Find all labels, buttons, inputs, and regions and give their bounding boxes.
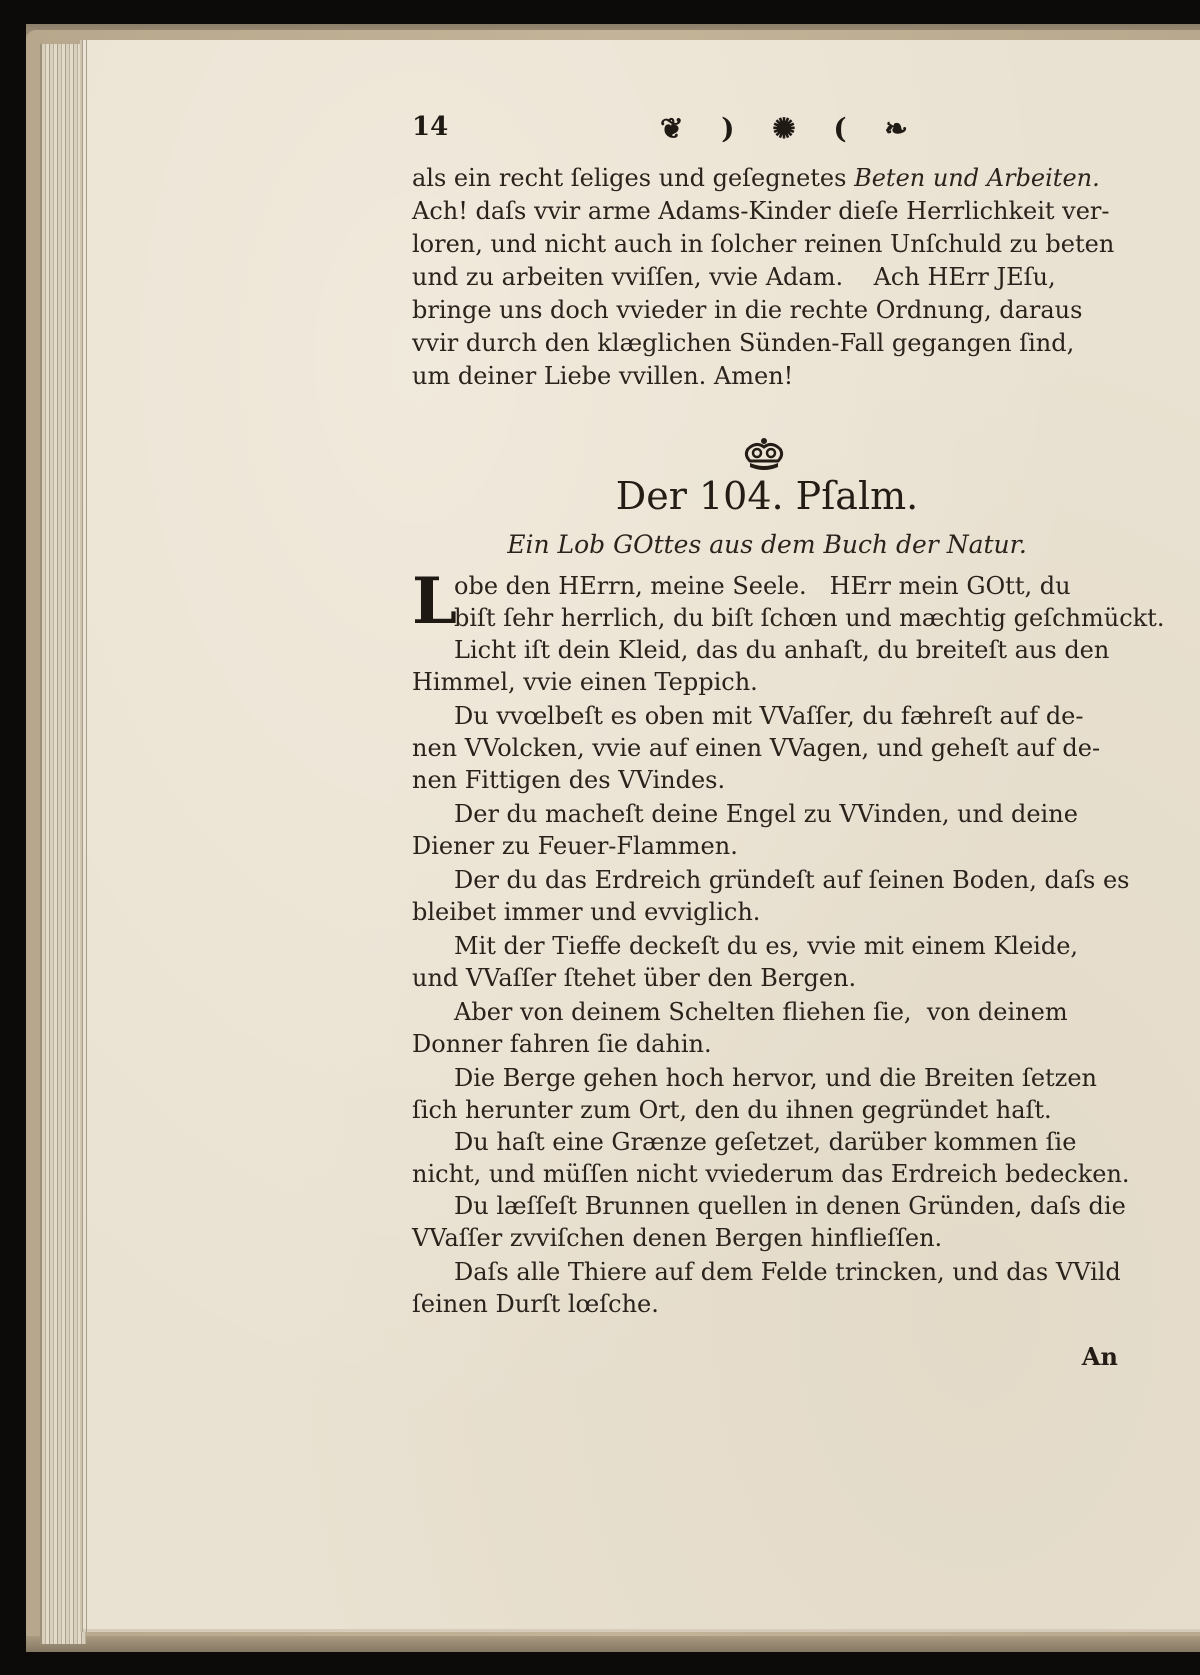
page-edge-line	[82, 40, 83, 1632]
text-line: bringe uns doch vvieder in die rechte Or…	[412, 294, 1082, 326]
psalm-subtitle: Ein Lob GOttes aus dem Buch der Natur.	[412, 530, 1122, 559]
text-line: ſeinen Durſt lœſche.	[412, 1288, 659, 1320]
running-head-ornament-icon: ❦ ) ✺ ( ❧	[660, 112, 922, 145]
book-cover-bottom-edge	[26, 1636, 1200, 1652]
text-line: ſich herunter zum Ort, den du ihnen gegr…	[412, 1094, 1052, 1126]
text-line: Diener zu Feuer-Flammen.	[412, 830, 738, 862]
text-line: vvir durch den klæglichen Sünden-Fall ge…	[412, 327, 1074, 359]
text-line: VVaſſer zvviſchen denen Bergen hinflieſſ…	[412, 1222, 942, 1254]
text-line: bleibet immer und evviglich.	[412, 896, 760, 928]
verse-line: Der du macheſt deine Engel zu VVinden, u…	[454, 798, 1078, 830]
text-line: Donner fahren ſie dahin.	[412, 1028, 712, 1060]
catchword: An	[1082, 1342, 1118, 1371]
text-line: nen VVolcken, vvie auf einen VVagen, und…	[412, 732, 1100, 764]
text-line: als ein recht ſeliges und geſegnetes Bet…	[412, 162, 1100, 194]
crown-ornament-icon	[742, 437, 786, 471]
text-line: obe den HErrn, meine Seele. HErr mein GO…	[454, 570, 1071, 602]
text-line: um deiner Liebe vvillen. Amen!	[412, 360, 793, 392]
verse-line: Aber von deinem Schelten fliehen ſie, vo…	[454, 996, 1068, 1028]
page-edge-line	[86, 40, 87, 1632]
verse-line: Die Berge gehen hoch hervor, und die Bre…	[454, 1062, 1097, 1094]
text-line: nicht, und müſſen nicht vviederum das Er…	[412, 1158, 1130, 1190]
verse-line: Du læſſeſt Brunnen quellen in denen Grün…	[454, 1190, 1126, 1222]
drop-cap: L	[412, 570, 457, 634]
verse-line: Daſs alle Thiere auf dem Felde trincken,…	[454, 1256, 1121, 1288]
text-line: biſt ſehr herrlich, du biſt ſchœn und mæ…	[454, 602, 1164, 634]
text-line: und VVaſſer ſtehet über den Bergen.	[412, 962, 856, 994]
text-line: nen Fittigen des VVindes.	[412, 764, 725, 796]
verse-line: Mit der Tieffe deckeſt du es, vvie mit e…	[454, 930, 1078, 962]
verse-line: Du haſt eine Grænze geſetzet, darüber ko…	[454, 1126, 1076, 1158]
page-number: 14	[412, 112, 448, 142]
text-line: und zu arbeiten vviſſen, vvie Adam. Ach …	[412, 261, 1056, 293]
text-line: Himmel, vvie einen Teppich.	[412, 666, 758, 698]
psalm-title: Der 104. Pſalm.	[412, 474, 1122, 518]
verse-line: Der du das Erdreich gründeſt auf ſeinen …	[454, 864, 1130, 896]
verse-line: Licht iſt dein Kleid, das du anhaſt, du …	[454, 634, 1109, 666]
text-line: Ach! daſs vvir arme Adams-Kinder dieſe H…	[412, 195, 1110, 227]
running-head: 14 ❦ ) ✺ ( ❧	[412, 112, 1122, 148]
verse-line: Du vvœlbeſt es oben mit VVaſſer, du fæhr…	[454, 700, 1084, 732]
text-line: loren, und nicht auch in ſolcher reinen …	[412, 228, 1114, 260]
